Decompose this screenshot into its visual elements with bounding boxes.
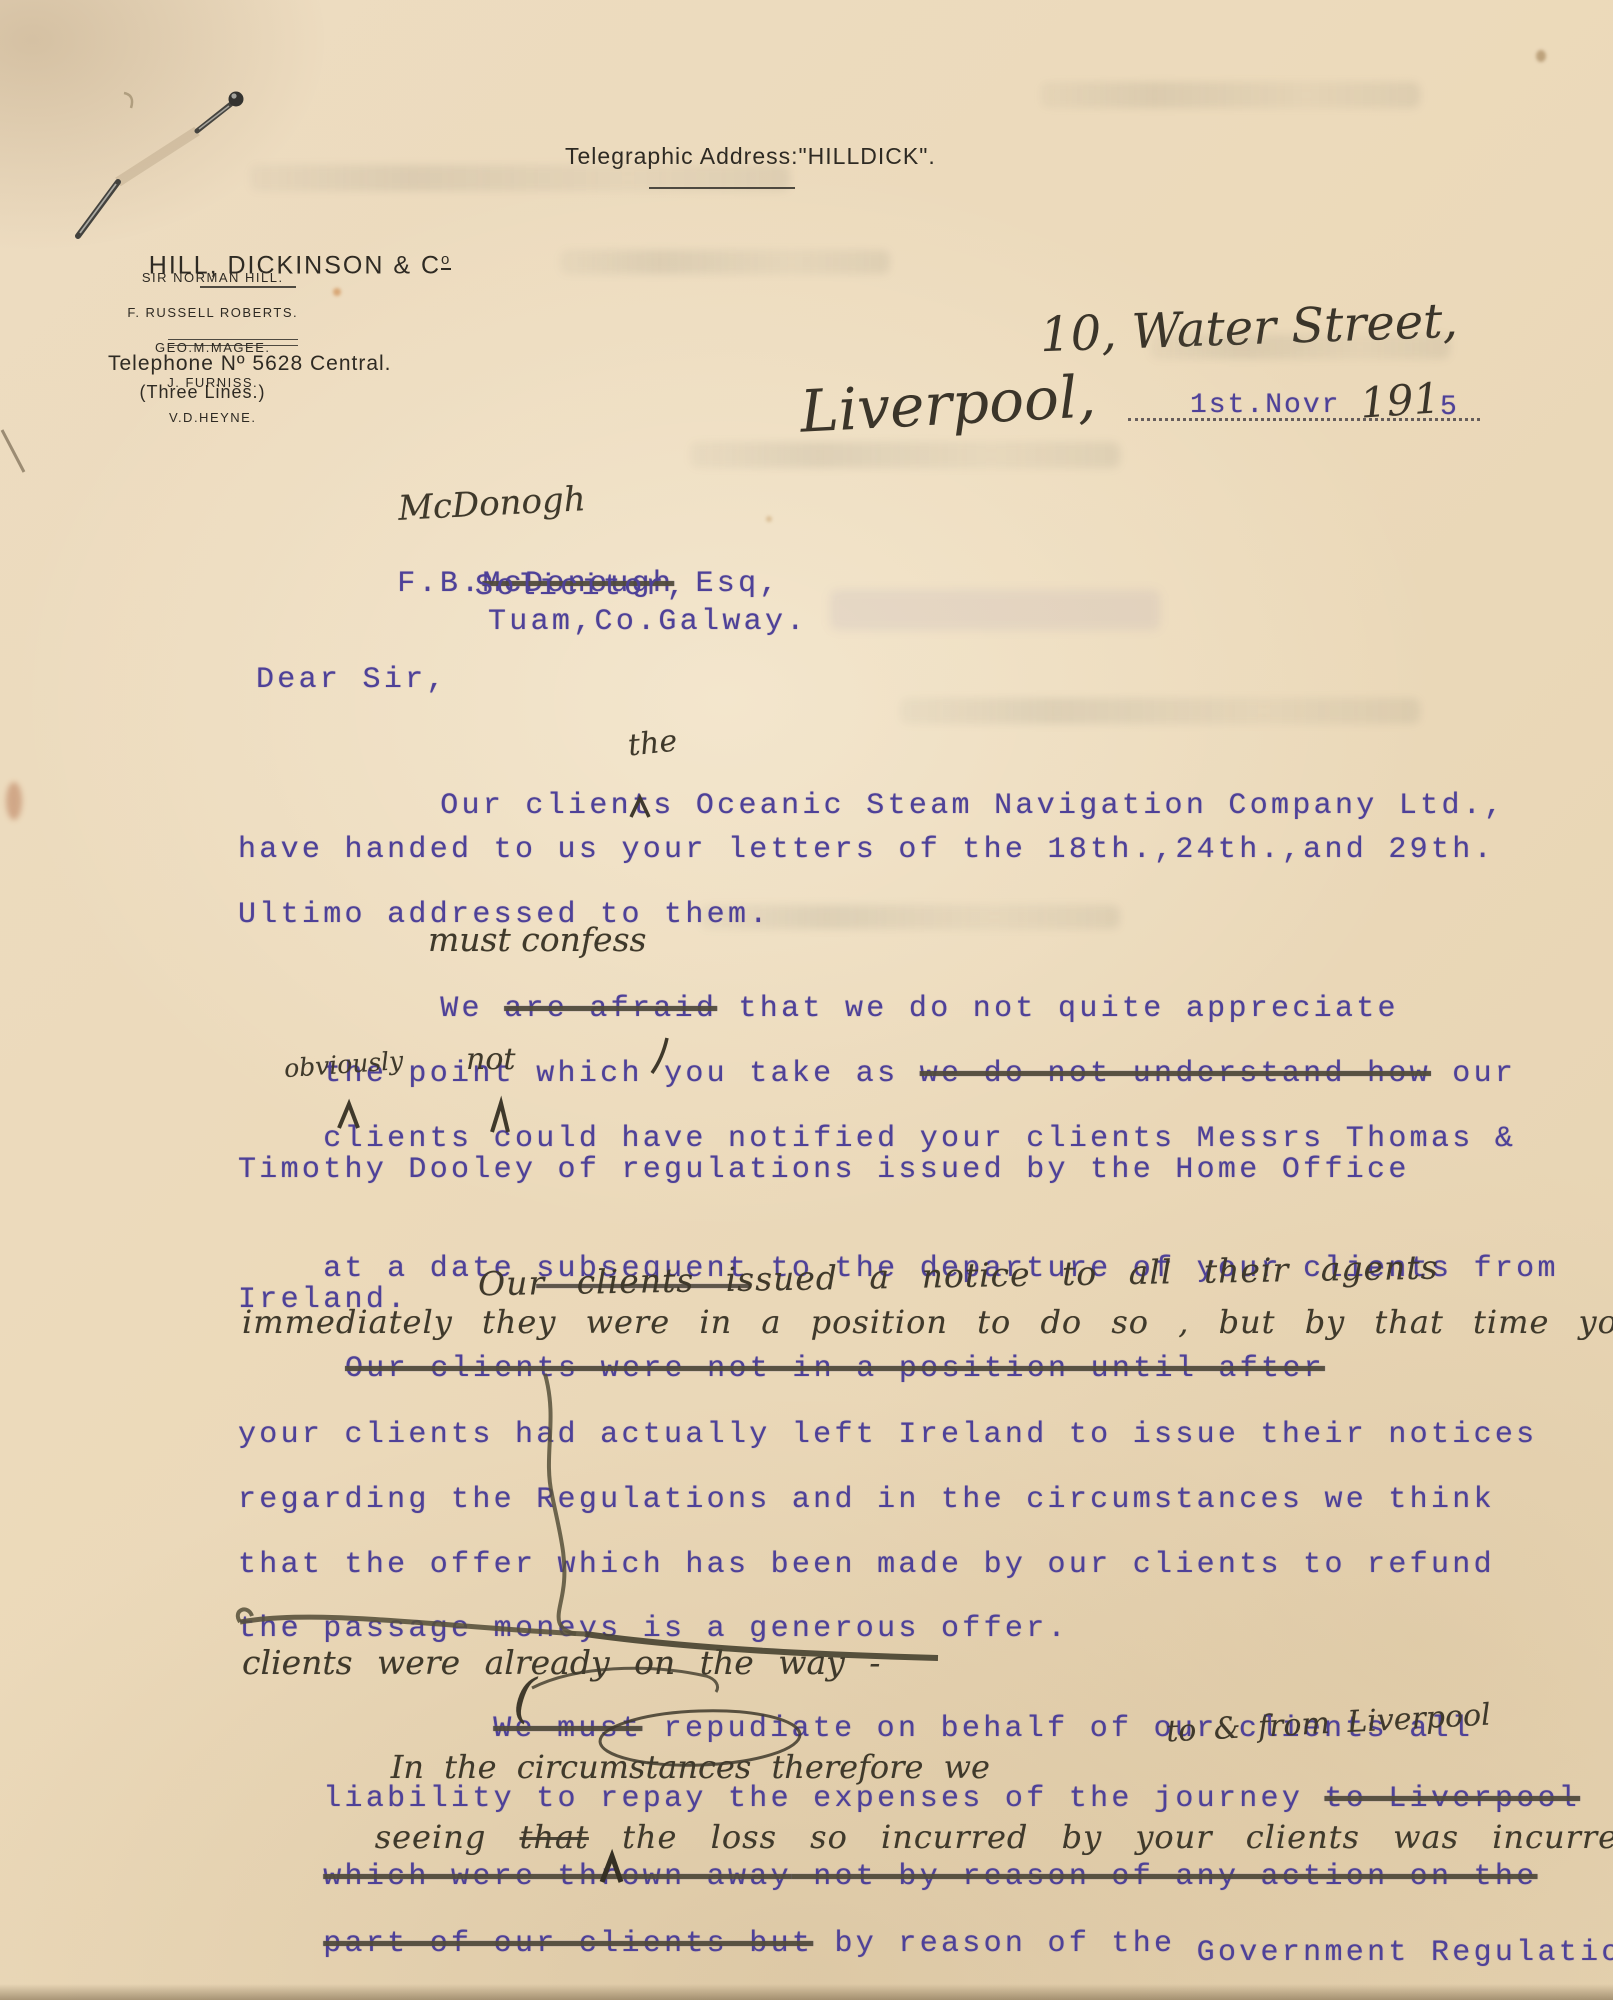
recipient-title: Solicitor, — [475, 570, 688, 604]
telegraphic-underline — [649, 187, 795, 189]
text-segment: have notified your clients Messrs Thomas… — [600, 1122, 1516, 1156]
handwritten-note: clients were already on the way - — [242, 1643, 880, 1682]
paper-stain — [333, 288, 341, 296]
text-segment: Oceanic Steam Navigation Company Ltd., — [696, 789, 1506, 823]
struck-segment: that — [519, 1818, 588, 1856]
body-line: regarding the Regulations and in the cir… — [238, 1483, 1495, 1517]
text-segment: our — [1431, 1057, 1516, 1091]
struck-segment: we do not understand how — [920, 1057, 1431, 1091]
struck-segment: part of our clients but — [323, 1927, 813, 1961]
bleed-through-smudge — [690, 442, 1120, 468]
city-name: Liverpool, — [798, 362, 1097, 445]
body-line: Timothy Dooley of regulations issued by … — [238, 1153, 1410, 1187]
text-segment: that we do not quite appreciate — [717, 992, 1399, 1026]
partner-name: SIR NORMAN HILL. — [142, 270, 284, 285]
bleed-through-smudge — [900, 698, 1420, 724]
bleed-through-smudge — [1040, 82, 1420, 108]
paper-stain — [6, 782, 22, 820]
text-segment: We — [440, 992, 504, 1026]
struck-segment: are afraid — [504, 992, 717, 1026]
partner-name: V.D.HEYNE. — [169, 410, 257, 425]
text-segment: Government Regulations. — [1197, 1936, 1613, 1970]
letterhead-rule — [168, 339, 298, 346]
typed-year-digit: 5 — [1440, 392, 1460, 423]
text-segment: clients — [323, 1122, 472, 1156]
inserted-phrase-must-confess: must confess — [428, 920, 646, 959]
partner-list: SIR NORMAN HILL. F. RUSSELL ROBERTS. GEO… — [75, 251, 330, 444]
inserted-word-the: the — [626, 724, 679, 764]
salutation: Dear Sir, — [256, 663, 448, 697]
recipient-name-pre: F.B. — [397, 567, 482, 601]
bleed-through-smudge — [1150, 335, 1450, 359]
text-segment: by reason of the — [813, 1927, 1196, 1961]
paper-bottom-edge — [0, 1984, 1613, 2000]
handwritten-note: seeing that the loss so incurred by your… — [242, 1780, 1613, 1894]
body-line: your clients had actually left Ireland t… — [238, 1418, 1537, 1452]
text-segment: could — [472, 1122, 600, 1156]
telephone-note: (Three Lines.) — [75, 382, 330, 403]
partner-name: F. RUSSELL ROBERTS. — [127, 305, 298, 320]
body-line: that the offer which has been made by ou… — [238, 1548, 1495, 1582]
paper-stain — [766, 516, 772, 522]
bleed-through-smudge — [560, 250, 890, 274]
recipient-name-post: Esq, — [674, 567, 781, 601]
bleed-through-smudge — [830, 590, 1160, 630]
pin-icon — [78, 92, 244, 237]
text-segment: as — [835, 1057, 920, 1091]
inserted-word-not: not — [466, 1042, 515, 1077]
struck-body-line: Our clients were not in a position until… — [345, 1352, 1325, 1386]
text-segment: Our clients — [440, 789, 696, 823]
pin-hole-mark — [124, 93, 132, 108]
text-segment: seeing — [375, 1818, 520, 1856]
typed-day-month: 1st.Novr — [1190, 390, 1340, 421]
handwritten-name-correction: McDonogh — [397, 479, 586, 529]
letterhead-rule — [200, 286, 296, 288]
text-segment: the loss so incurred by your clients was… — [589, 1818, 1613, 1856]
struck-body-line: the passage moneys is a generous offer. — [238, 1612, 1069, 1646]
paper-stain — [1536, 50, 1546, 62]
firm-name-ordinal: o — [441, 251, 451, 270]
body-line: part of our clients but by reason of the… — [238, 1893, 1613, 1995]
recipient-town: Tuam,Co.Galway. — [488, 605, 808, 639]
body-line: have handed to us your letters of the 18… — [238, 833, 1495, 867]
telephone-line: Telephone Nº 5628 Central. — [108, 352, 392, 376]
letter-page: Telegraphic Address:"HILLDICK". HILL, DI… — [0, 0, 1613, 2000]
paper-edge-mark — [2, 430, 24, 472]
handwritten-note: immediately they were in a position to d… — [242, 1303, 1613, 1341]
